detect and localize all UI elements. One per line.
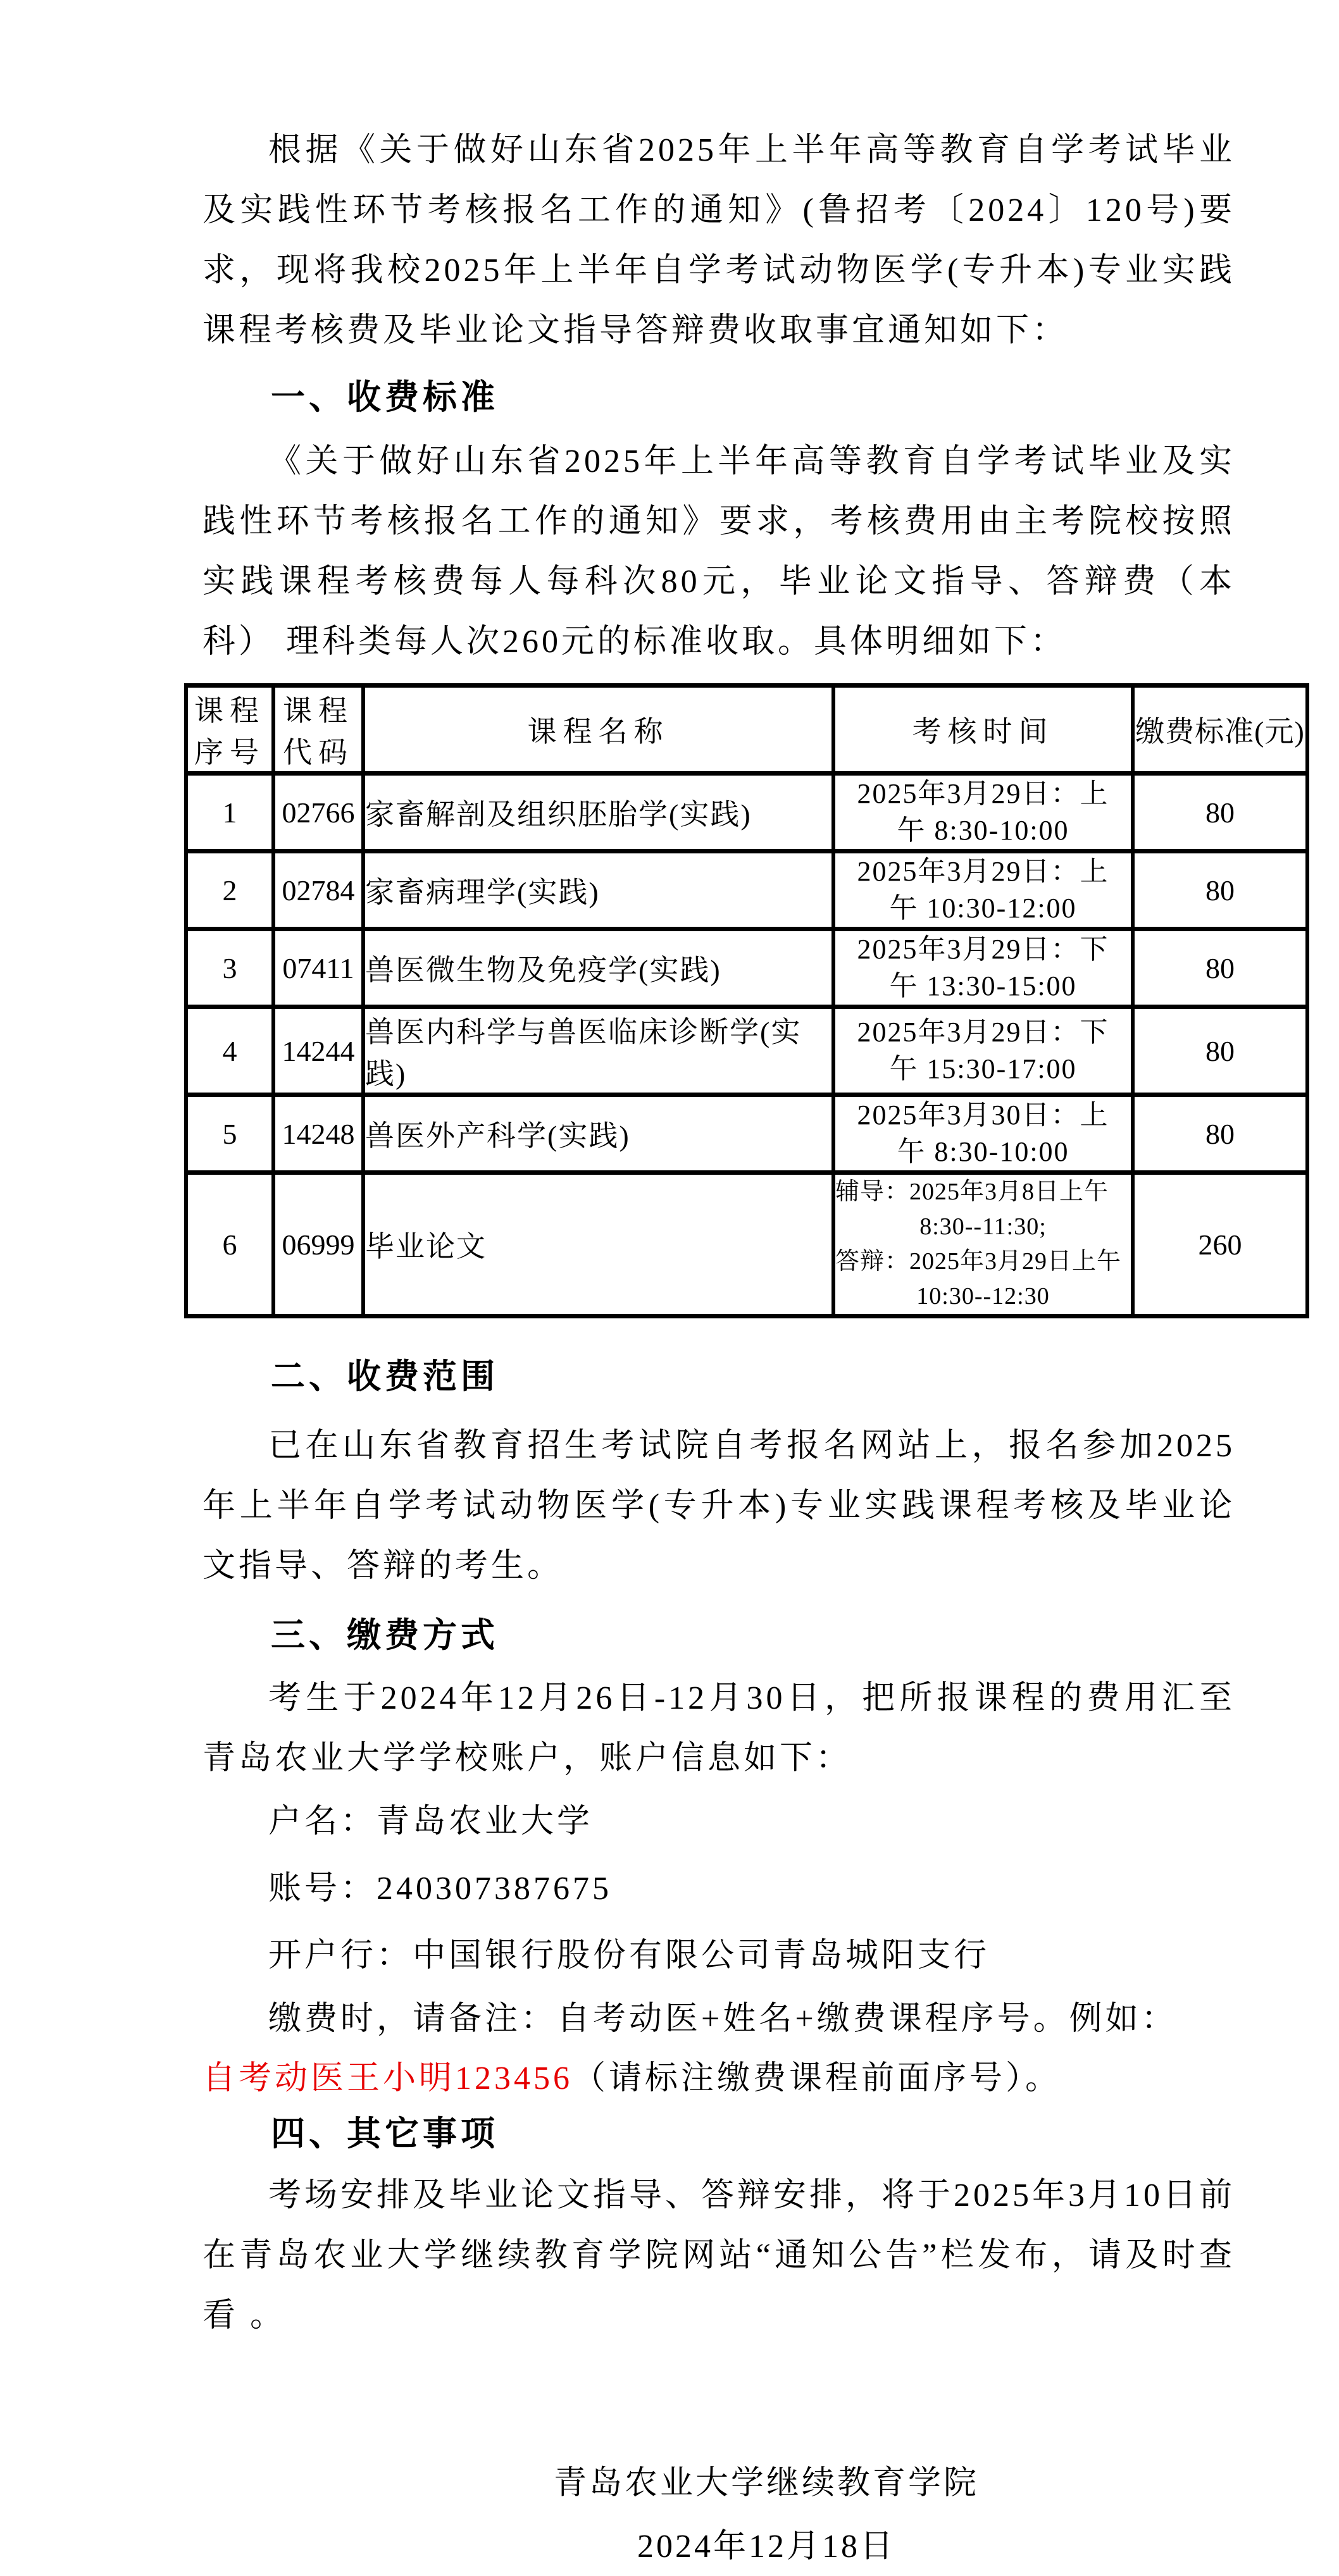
exam-time-line: 8:30--11:30; (835, 1210, 1131, 1244)
course-code: 02784 (273, 851, 363, 929)
intro-paragraph: 根据《关于做好山东省2025年上半年高等教育自学考试毕业及实践性环节考核报名工作… (202, 120, 1235, 361)
table-row: 3 07411 兽医微生物及免疫学(实践) 2025年3月29日：下 午 13:… (186, 929, 1307, 1007)
course-no: 5 (186, 1095, 273, 1173)
heading-section-2: 二、收费范围 (202, 1351, 1235, 1402)
exam-time-line: 答辩：2025年3月29日上午 (835, 1244, 1131, 1279)
account-name-line: 户名：青岛农业大学 (202, 1788, 1235, 1855)
heading-section-3: 三、缴费方式 (202, 1610, 1235, 1661)
table-row: 2 02784 家畜病理学(实践) 2025年3月29日：上 午 10:30-1… (186, 851, 1307, 929)
course-no: 4 (186, 1007, 273, 1095)
exam-time-line: 2025年3月30日：上 (835, 1097, 1131, 1134)
course-fee: 260 (1133, 1173, 1307, 1316)
signature-block: 青岛农业大学继续教育学院 2024年12月18日 (297, 2452, 1235, 2576)
course-no: 3 (186, 929, 273, 1007)
account-number-line: 账号：240307387675 (202, 1855, 1235, 1923)
header-course-no: 课程序号 (186, 686, 273, 774)
exam-time-line: 午 13:30-15:00 (835, 968, 1131, 1005)
course-fee: 80 (1133, 929, 1307, 1007)
course-name: 兽医微生物及免疫学(实践) (363, 929, 833, 1007)
course-code: 06999 (273, 1173, 363, 1316)
header-course-name: 课程名称 (363, 686, 833, 774)
heading-section-1: 一、收费标准 (202, 372, 1235, 423)
heading-section-4: 四、其它事项 (202, 2108, 1235, 2159)
document-body: 根据《关于做好山东省2025年上半年高等教育自学考试毕业及实践性环节考核报名工作… (202, 120, 1235, 2576)
course-fee: 80 (1133, 851, 1307, 929)
course-code: 02766 (273, 774, 363, 851)
exam-time: 2025年3月29日：上 午 8:30-10:00 (833, 774, 1133, 851)
course-fee-table: 课程序号 课程代码 课程名称 考核时间 缴费标准(元) 1 02766 家畜解剖… (184, 683, 1309, 1318)
course-name: 兽医外产科学(实践) (363, 1095, 833, 1173)
exam-time-line: 10:30--12:30 (835, 1279, 1131, 1314)
document-page: 根据《关于做好山东省2025年上半年高等教育自学考试毕业及实践性环节考核报名工作… (0, 0, 1339, 2576)
exam-time-line: 午 10:30-12:00 (835, 890, 1131, 927)
exam-time-line: 2025年3月29日：下 (835, 1014, 1131, 1051)
table-row: 4 14244 兽医内科学与兽医临床诊断学(实践) 2025年3月29日：下 午… (186, 1007, 1307, 1095)
table-row: 1 02766 家畜解剖及组织胚胎学(实践) 2025年3月29日：上 午 8:… (186, 774, 1307, 851)
exam-time-line: 午 15:30-17:00 (835, 1051, 1131, 1087)
course-no: 2 (186, 851, 273, 929)
exam-time-line: 午 8:30-10:00 (835, 1134, 1131, 1170)
exam-time-line: 午 8:30-10:00 (835, 812, 1131, 849)
exam-time: 2025年3月29日：下 午 13:30-15:00 (833, 929, 1133, 1007)
exam-time: 辅导：2025年3月8日上午 8:30--11:30; 答辩：2025年3月29… (833, 1173, 1133, 1316)
header-course-code: 课程代码 (273, 686, 363, 774)
course-fee: 80 (1133, 1095, 1307, 1173)
course-fee: 80 (1133, 1007, 1307, 1095)
exam-time: 2025年3月29日：上 午 10:30-12:00 (833, 851, 1133, 929)
table-header-row: 课程序号 课程代码 课程名称 考核时间 缴费标准(元) (186, 686, 1307, 774)
signature-organization: 青岛农业大学继续教育学院 (297, 2452, 1235, 2515)
course-no: 6 (186, 1173, 273, 1316)
course-code: 14244 (273, 1007, 363, 1095)
section-1-paragraph: 《关于做好山东省2025年上半年高等教育自学考试毕业及实践性环节考核报名工作的通… (202, 431, 1235, 672)
exam-time: 2025年3月29日：下 午 15:30-17:00 (833, 1007, 1133, 1095)
exam-time-line: 辅导：2025年3月8日上午 (835, 1175, 1131, 1210)
header-exam-time: 考核时间 (833, 686, 1133, 774)
course-no: 1 (186, 774, 273, 851)
bank-line: 开户行：中国银行股份有限公司青岛城阳支行 (202, 1923, 1235, 1990)
payment-note-line: 缴费时，请备注：自考动医+姓名+缴费课程序号。例如： (202, 1990, 1235, 2049)
exam-time-line: 2025年3月29日：上 (835, 776, 1131, 812)
course-name: 毕业论文 (363, 1173, 833, 1316)
course-code: 07411 (273, 929, 363, 1007)
section-4-paragraph: 考场安排及毕业论文指导、答辩安排，将于2025年3月10日前在青岛农业大学继续教… (202, 2165, 1235, 2346)
course-fee: 80 (1133, 774, 1307, 851)
course-code: 14248 (273, 1095, 363, 1173)
table-row: 6 06999 毕业论文 辅导：2025年3月8日上午 8:30--11:30;… (186, 1173, 1307, 1316)
payment-example-line: 自考动医王小明123456（请标注缴费课程前面序号）。 (202, 2049, 1235, 2108)
exam-time-line: 2025年3月29日：下 (835, 931, 1131, 968)
section-3-paragraph: 考生于2024年12月26日-12月30日，把所报课程的费用汇至青岛农业大学学校… (202, 1668, 1235, 1788)
course-name: 家畜病理学(实践) (363, 851, 833, 929)
exam-time-line: 2025年3月29日：上 (835, 853, 1131, 890)
table-row: 5 14248 兽医外产科学(实践) 2025年3月30日：上 午 8:30-1… (186, 1095, 1307, 1173)
exam-time: 2025年3月30日：上 午 8:30-10:00 (833, 1095, 1133, 1173)
course-name: 家畜解剖及组织胚胎学(实践) (363, 774, 833, 851)
header-fee: 缴费标准(元) (1133, 686, 1307, 774)
payment-example-suffix: （请标注缴费课程前面序号）。 (573, 2060, 1061, 2096)
signature-date: 2024年12月18日 (297, 2515, 1235, 2576)
course-name: 兽医内科学与兽医临床诊断学(实践) (363, 1007, 833, 1095)
payment-example-red-text: 自考动医王小明123456 (202, 2060, 573, 2096)
section-2-paragraph: 已在山东省教育招生考试院自考报名网站上，报名参加2025年上半年自学考试动物医学… (202, 1416, 1235, 1596)
